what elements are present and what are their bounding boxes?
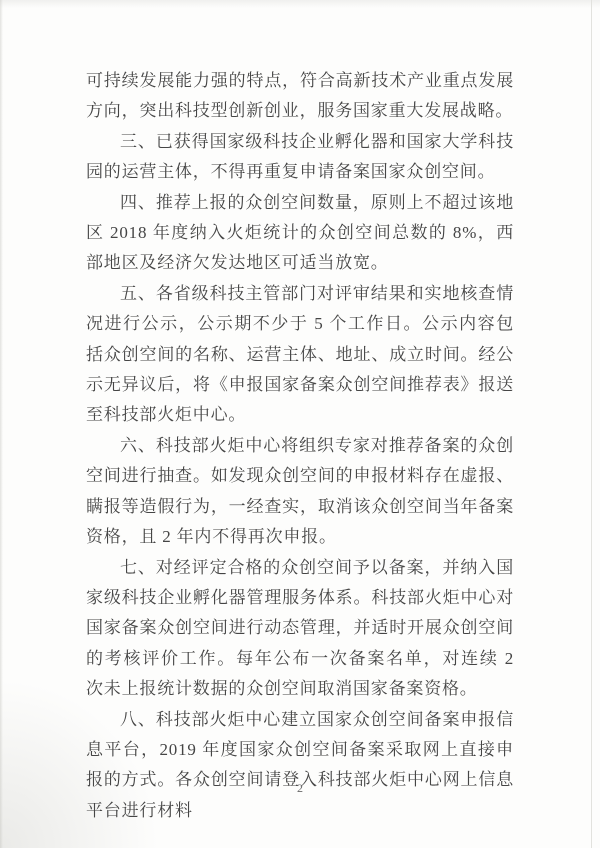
paragraph-item-8: 八、科技部火炬中心建立国家众创空间备案申报信息平台，2019 年度国家众创空间备… xyxy=(86,705,514,827)
page-number: 2 xyxy=(0,781,600,796)
paragraph-item-5: 五、各省级科技主管部门对评审结果和实地核查情况进行公示，公示期不少于 5 个工作… xyxy=(86,279,514,431)
paragraph-item-7: 七、对经评定合格的众创空间予以备案，并纳入国家级科技企业孵化器管理服务体系。科技… xyxy=(86,553,514,705)
scanned-document-page: 可持续发展能力强的特点，符合高新技术产业重点发展方向，突出科技型创新创业，服务国… xyxy=(0,0,600,848)
document-body-text: 可持续发展能力强的特点，符合高新技术产业重点发展方向，突出科技型创新创业，服务国… xyxy=(86,66,514,826)
scan-edge-line xyxy=(591,0,592,848)
scan-shade-top xyxy=(0,0,600,8)
paragraph-item-6: 六、科技部火炬中心将组织专家对推荐备案的众创空间进行抽查。如发现众创空间的申报材… xyxy=(86,431,514,553)
paragraph-continuation: 可持续发展能力强的特点，符合高新技术产业重点发展方向，突出科技型创新创业，服务国… xyxy=(86,66,514,127)
paragraph-item-4: 四、推荐上报的众创空间数量，原则上不超过该地区 2018 年度纳入火炬统计的众创… xyxy=(86,188,514,279)
paragraph-item-3: 三、已获得国家级科技企业孵化器和国家大学科技园的运营主体，不得再重复申请备案国家… xyxy=(86,127,514,188)
